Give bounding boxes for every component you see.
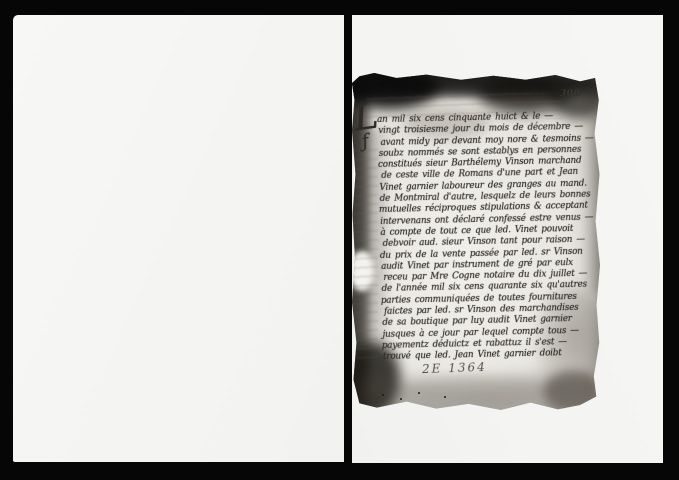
left-blank-page [13, 15, 344, 462]
scanned-photo-frame: 300 L ƒ an mil six cens cinquante huict … [0, 0, 679, 480]
ink-speck [418, 392, 420, 394]
handwritten-text-block: an mil six cens cinquante huict & le —vi… [378, 111, 595, 364]
manuscript-folio: 300 L ƒ an mil six cens cinquante huict … [352, 73, 600, 410]
archival-reference: 2E 1364 [422, 360, 487, 376]
folio-number: 300 [560, 89, 580, 99]
ink-speck [400, 398, 402, 400]
right-album-page: 300 L ƒ an mil six cens cinquante huict … [352, 15, 663, 463]
right-bottom-stain [544, 371, 602, 413]
top-right-ink-blot [478, 73, 570, 113]
ink-speck [444, 396, 446, 398]
ink-speck [382, 394, 384, 396]
left-edge-tear [350, 251, 374, 291]
verso-bleedthrough-left [352, 143, 378, 363]
